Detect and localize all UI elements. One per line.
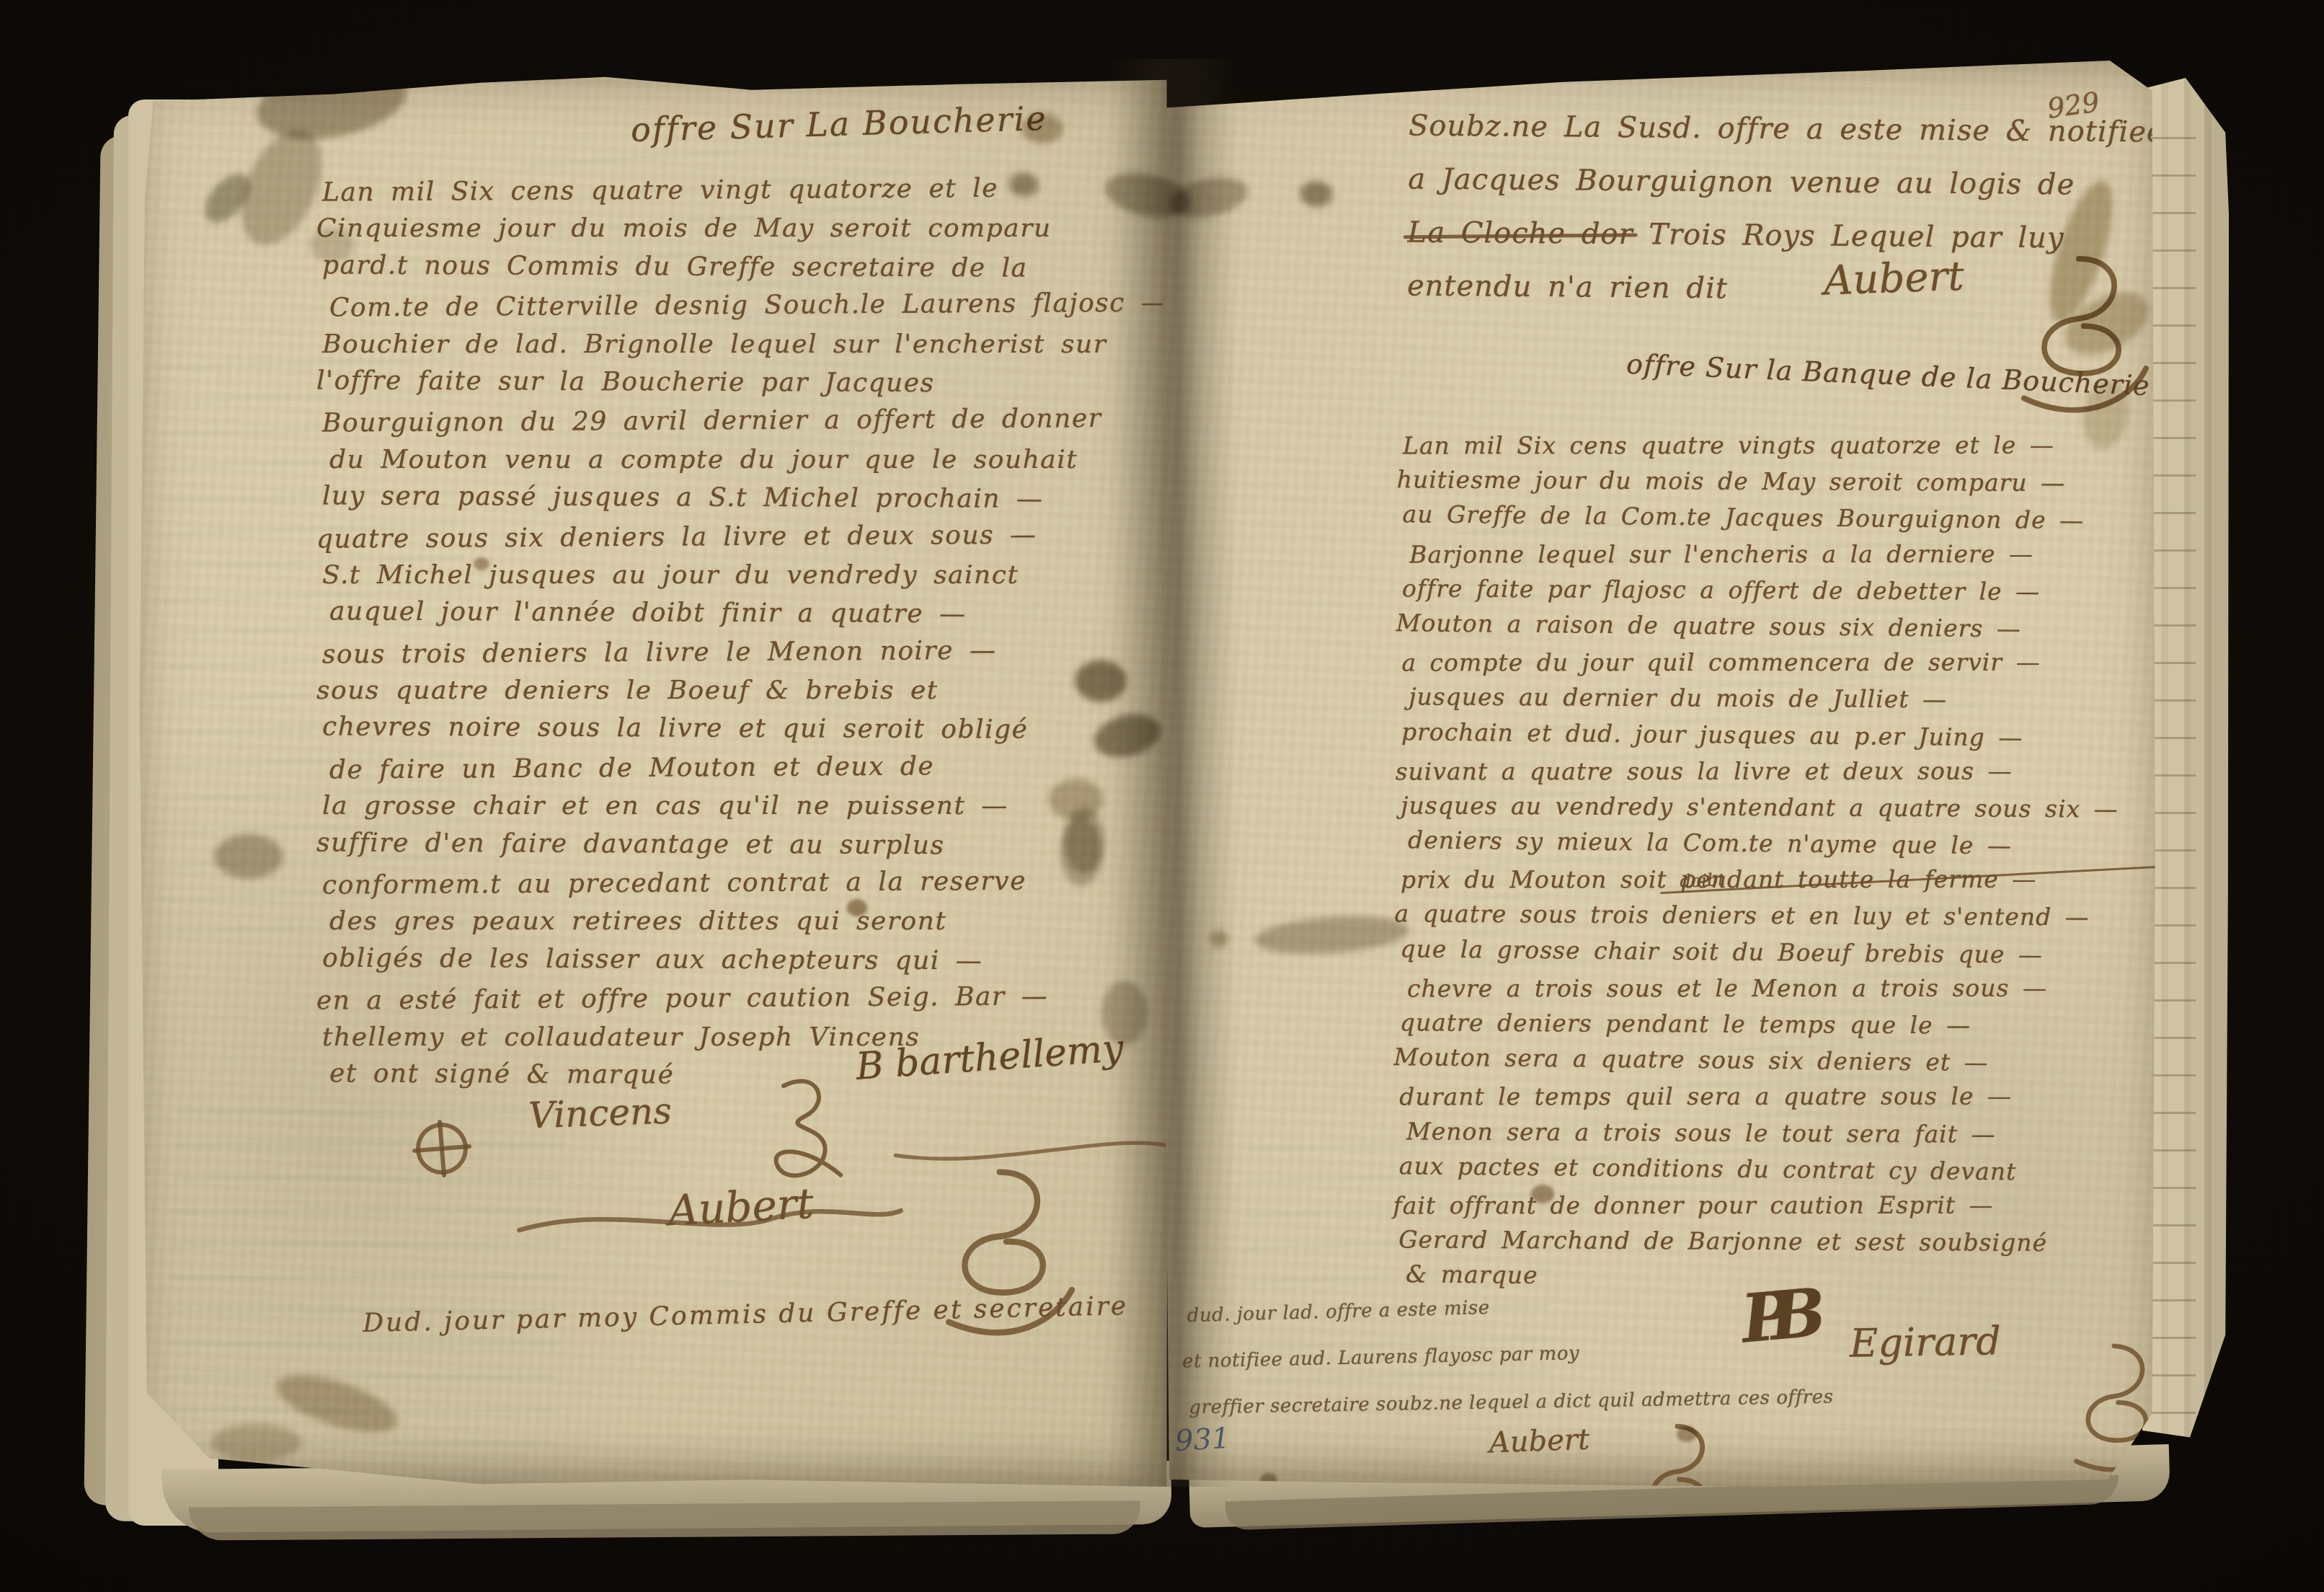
text-line: Lan mil Six cens quatre vingt quatorze e… xyxy=(322,172,1168,216)
signature-girard: Egirard xyxy=(1849,1318,2001,1366)
text-line: au Greffe de la Com.te Jacques Bourguign… xyxy=(1402,500,2120,544)
text-line: jusques au dernier du mois de Julliet — xyxy=(1409,683,2119,722)
signature-vincens: Vincens xyxy=(528,1090,673,1137)
text-line: de faire un Banc de Mouton et deux de xyxy=(329,750,1168,793)
paraph-flourish-icon xyxy=(1626,1413,1734,1557)
stain xyxy=(211,1424,301,1461)
text-line: Soubz.ne La Susd. offre a este mise & no… xyxy=(1409,99,2165,159)
page-stack-bottom-left xyxy=(189,1500,1140,1540)
text-line: quatre sous six deniers la livre et deux… xyxy=(316,519,1168,563)
left-page: offre Sur La Boucherie Lan mil Six cens … xyxy=(126,68,1168,1492)
text-line: pard.t nous Commis du Greffe secretaire … xyxy=(322,250,1168,293)
stain xyxy=(270,1363,404,1443)
text-line: suivant a quatre sous la livre et deux s… xyxy=(1396,756,2119,793)
text-line: des gres peaux retirees dittes qui seron… xyxy=(329,906,1168,945)
text-line: Cinquiesme jour du mois de May seroit co… xyxy=(316,213,1168,252)
text-line: l'offre faite sur la Boucherie par Jacqu… xyxy=(316,366,1168,408)
addendum-block: dud. jour lad. offre a este miseet notif… xyxy=(1187,1277,1834,1433)
text-line: la grosse chair et en cas qu'il ne puiss… xyxy=(322,791,1168,829)
text-line: luy sera passé jusques a S.t Michel proc… xyxy=(322,482,1168,524)
text-line: aux pactes et conditions du contrat cy d… xyxy=(1399,1151,2117,1195)
strikethrough-text: La Cloche dor xyxy=(1407,216,1633,251)
text-line: quatre deniers pendant le temps que le — xyxy=(1400,1008,2118,1048)
text-line: Menon sera a trois sous le tout sera fai… xyxy=(1406,1117,2117,1157)
text-line: Mouton sera a quatre sous six deniers et… xyxy=(1393,1043,2117,1086)
text-line: Bourguignon du 29 avril dernier a offert… xyxy=(322,404,1168,448)
text-line: Gerard Marchand de Barjonne et sest soub… xyxy=(1398,1226,2116,1265)
text-line: greffier secretaire soubz.ne lequel a di… xyxy=(1189,1374,1834,1432)
text-line: obligés de les laisser aux achepteurs qu… xyxy=(322,943,1168,986)
text-line: a Jacques Bourguignon venue au logis de xyxy=(1408,152,2164,212)
ink-smudge xyxy=(197,166,259,231)
text-line: durant le temps quil sera a quatre sous … xyxy=(1399,1082,2116,1119)
water-stain xyxy=(251,56,412,149)
addendum-signature-aubert: Aubert xyxy=(1489,1423,1590,1460)
ink-bleedthrough xyxy=(163,1086,566,1489)
right-page: 929 Soubz.ne La Susd. offre a este mise … xyxy=(1159,56,2168,1491)
fore-edge-page-stack xyxy=(2142,78,2229,1444)
water-stain xyxy=(1302,182,1334,208)
text-line: jusques au vendredy s'entendant a quatre… xyxy=(1401,791,2119,831)
page-number-bottom: 931 xyxy=(1174,1422,1231,1458)
text-line: S.t Michel jusques au jour du vendredy s… xyxy=(322,560,1168,598)
signer-mark-cross-icon xyxy=(409,1115,475,1182)
text-line: a quatre sous trois deniers et en luy et… xyxy=(1394,900,2118,939)
text-line: prochain et dud. jour jusques au p.er Ju… xyxy=(1401,717,2119,761)
water-stain xyxy=(214,834,283,879)
photo-open-register: offre Sur La Boucherie Lan mil Six cens … xyxy=(0,0,2324,1592)
text-line: du Mouton venu a compte du jour que le s… xyxy=(329,445,1168,483)
text-line: suffire d'en faire davantage et au surpl… xyxy=(316,828,1168,870)
text-line: que la grosse chair soit du Boeuf brebis… xyxy=(1400,934,2118,978)
text-line: sous trois deniers la livre le Menon noi… xyxy=(322,634,1168,678)
signature-aubert: Aubert xyxy=(667,1179,815,1235)
text-line: huitiesme jour du mois de May seroit com… xyxy=(1397,466,2121,505)
text-segment: Trois Roys Lequel par luy xyxy=(1633,218,2064,255)
text-line: chevres noire sous la livre et qui seroi… xyxy=(322,712,1168,755)
text-line: auquel jour l'année doibt finir a quatre… xyxy=(329,597,1168,639)
text-line: chevre a trois sous et le Menon a trois … xyxy=(1407,973,2117,1010)
text-line: Bouchier de lad. Brignolle lequel sur l'… xyxy=(322,330,1168,368)
paraph-flourish-icon xyxy=(2014,235,2151,437)
text-line: a compte du jour quil commencera de serv… xyxy=(1401,648,2119,685)
text-line: Barjonne lequel sur l'encheris a la dern… xyxy=(1409,539,2119,576)
paraph-flourish-icon xyxy=(758,1072,844,1195)
text-line: sous quatre deniers le Boeuf & brebis et xyxy=(316,676,1168,714)
text-line: Lan mil Six cens quatre vingts quatorze … xyxy=(1403,431,2120,468)
text-line: Com.te de Citterville desnig Souch.le La… xyxy=(329,288,1168,332)
signature-aubert: Aubert xyxy=(1823,253,1965,305)
left-page-title: offre Sur La Boucherie xyxy=(630,99,1047,149)
text-line: en a esté fait et offre pour caution Sei… xyxy=(316,981,1168,1025)
left-body-text: Lan mil Six cens quatre vingt quatorze e… xyxy=(322,175,1168,1099)
text-line: Mouton a raison de quatre sous six denie… xyxy=(1396,609,2119,652)
text-line: offre faite par flajosc a offert de debe… xyxy=(1402,574,2120,614)
text-line: fait offrant de donner pour caution Espr… xyxy=(1393,1190,2116,1227)
text-line: conformem.t au precedant contrat a la re… xyxy=(322,865,1168,909)
